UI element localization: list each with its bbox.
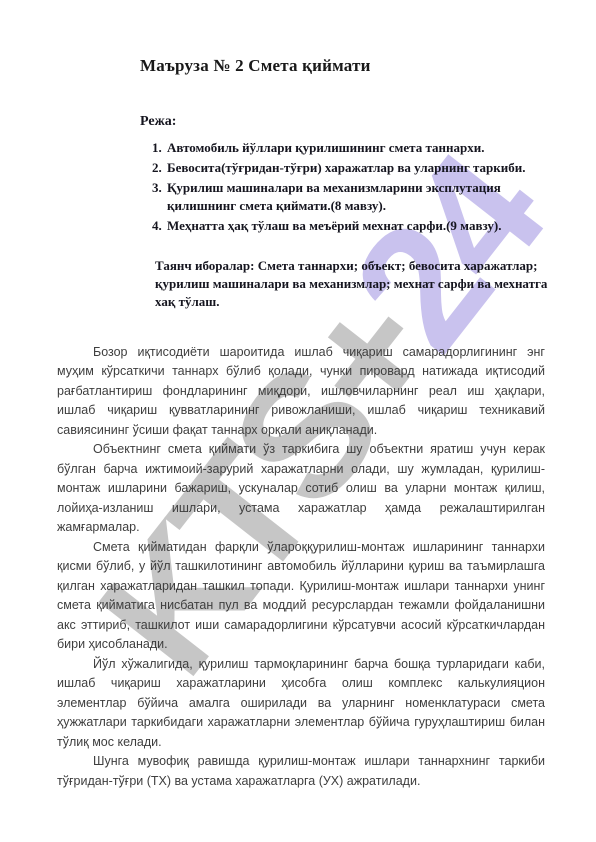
plan-item: Қурилиш машиналари ва механизмларини экс… [165,179,545,215]
key-terms-block: Таянч иборалар: Смета таннархи; объект; … [155,257,555,311]
plan-heading: Режа: [140,114,545,130]
plan-item: Меҳнатта ҳақ тўлаш ва меъёрий мехнат сар… [165,217,545,235]
document-content: Маъруза № 2 Смета қиймати Режа: Автомоби… [0,0,596,791]
document-page: KTS+24 Маъруза № 2 Смета қиймати Режа: А… [0,0,596,842]
body-paragraph: Шунга мувофиқ равишда қурилиш-монтаж ишл… [57,752,545,791]
body-paragraph: Бозор иқтисодиёти шароитида ишлаб чиқари… [57,343,545,441]
plan-item: Автомобиль йўллари қурилишининг смета та… [165,139,545,157]
body-paragraph: Смета қийматидан фарқли ўлароққурилиш-мо… [57,538,545,655]
plan-list: Автомобиль йўллари қурилишининг смета та… [57,139,545,235]
body-paragraph: Объектнинг смета қиймати ўз таркибига шу… [57,440,545,538]
body-paragraph: Йўл хўжалигида, қурилиш тармоқларининг б… [57,655,545,753]
body-text: Бозор иқтисодиёти шароитида ишлаб чиқари… [57,343,545,792]
page-title: Маъруза № 2 Смета қиймати [140,56,545,76]
plan-item: Бевосита(тўғридан-тўғри) харажатлар ва у… [165,159,545,177]
